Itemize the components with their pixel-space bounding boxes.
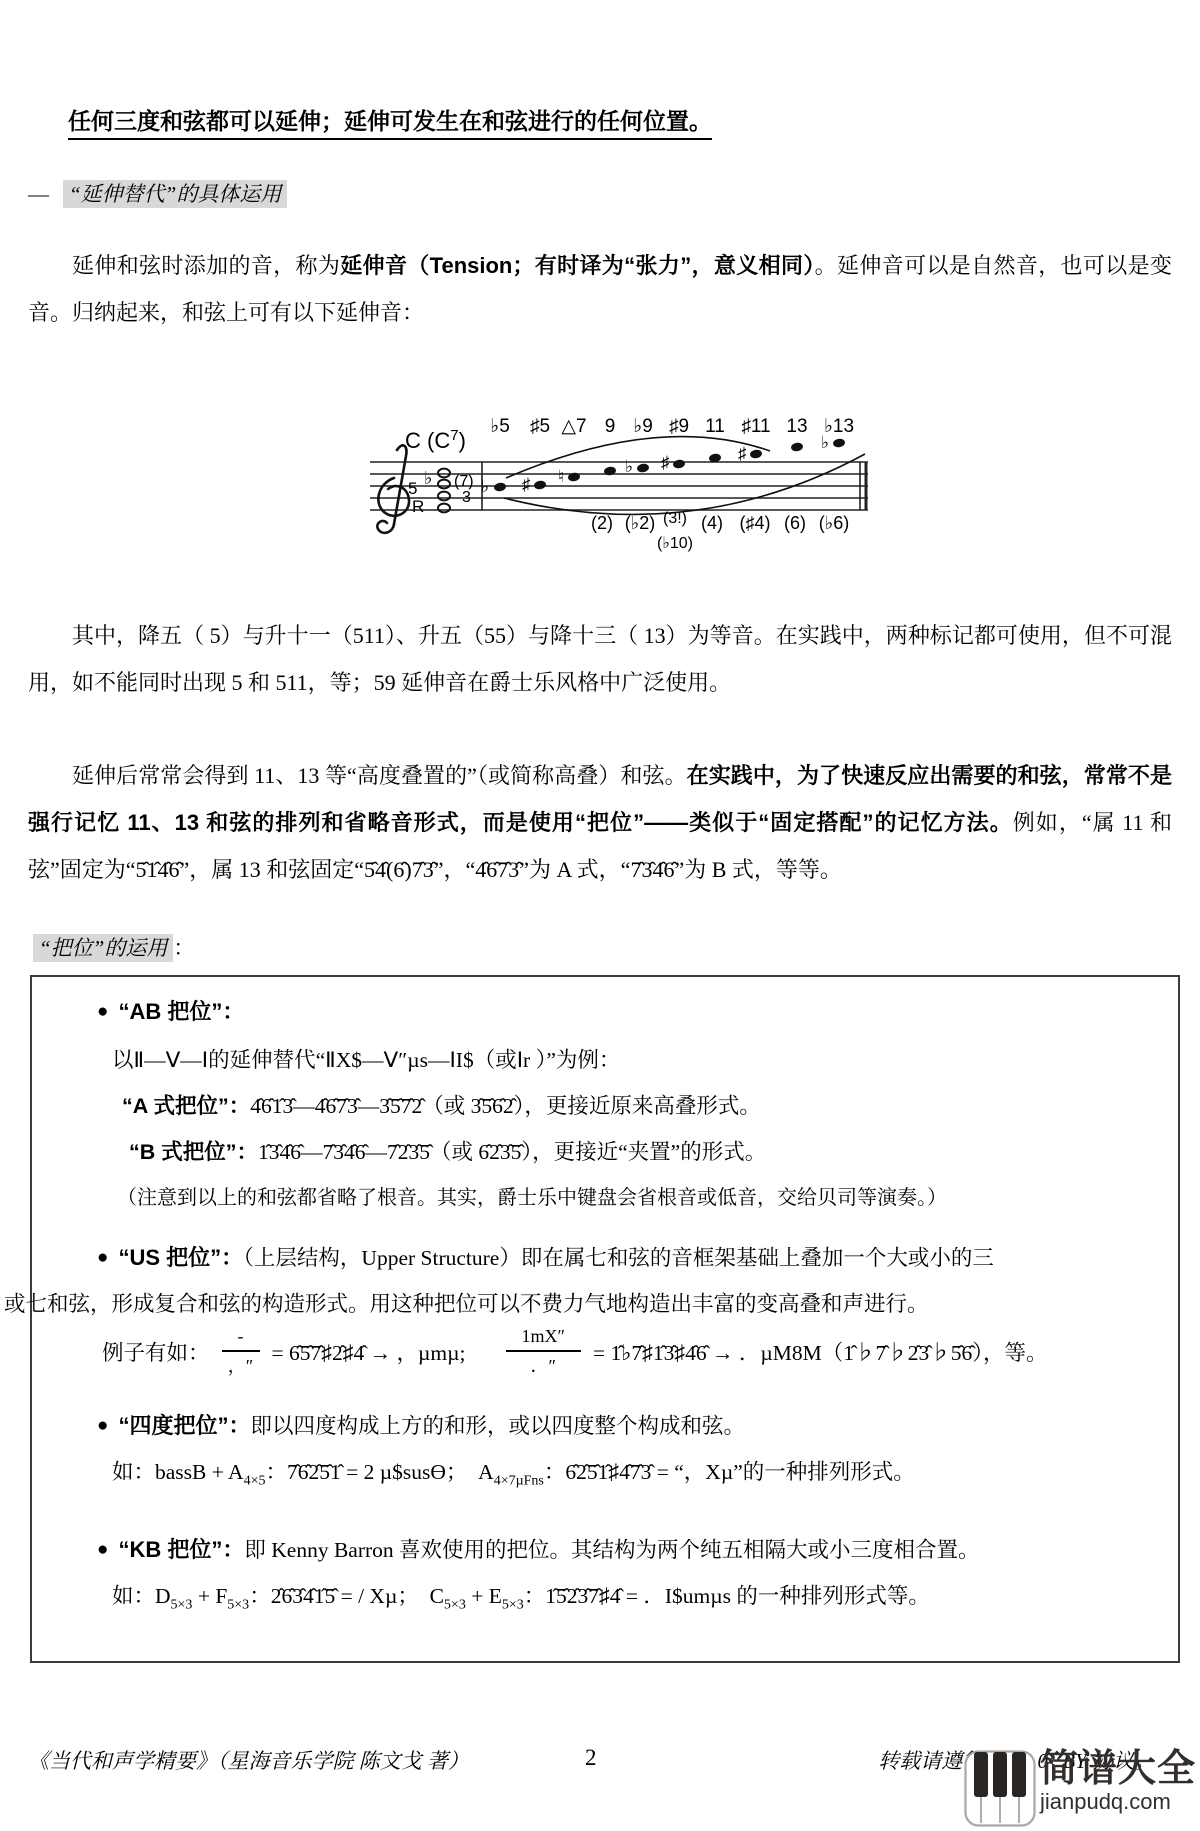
accidental-sharp-6: ♯: [661, 453, 670, 472]
slur-upper: [506, 437, 770, 478]
fourth-voicing-text: 即以四度构成上方的和形，或以四度整个构成和弦。: [251, 1414, 746, 1438]
label-3: 3: [462, 489, 471, 506]
bullet-icon: ●: [97, 1415, 108, 1436]
bottom-label-3x: (3!): [663, 510, 687, 527]
example-fraction-1: - ，″: [222, 1324, 260, 1379]
chord-symbol: C (C7): [405, 427, 466, 453]
section-heading-voicing-usage: “把位”的运用：: [33, 932, 194, 962]
bottom-label-6: (6): [784, 513, 806, 533]
label-5: 5: [408, 479, 417, 498]
document-page: 任何三度和弦都可以延伸；延伸可发生在和弦进行的任何位置。 —“延伸替代”的具体运…: [0, 0, 1200, 1831]
a-voicing-label: “A 式把位”：: [122, 1094, 250, 1118]
para3-pre: 延伸后常常会得到 11、13 等“高度叠置的”（或简称高叠）和弦。: [72, 763, 687, 788]
fraction2-top: 1mX″: [506, 1324, 582, 1352]
page-title-text: 任何三度和弦都可以延伸；延伸可发生在和弦进行的任何位置。: [68, 108, 712, 140]
kb-sub1: 5×3: [171, 1597, 193, 1612]
ab-voicing-title: “AB 把位”：: [118, 999, 244, 1024]
fourth-s0: 如：bassB + A: [112, 1460, 244, 1484]
bottom-label-4: (4): [701, 513, 723, 533]
label-paren7: (7): [454, 473, 474, 490]
tension-label-13: 13: [786, 416, 807, 437]
fourth-s1: ：7̂6̂2̂5̂1̂ = 2 µ$susϴ； A: [266, 1460, 494, 1484]
bullet-icon: ●: [97, 1001, 108, 1022]
kb-sub2: 5×3: [227, 1597, 249, 1612]
section2-heading-text: “把位”的运用: [33, 934, 173, 962]
b-voicing-label: “B 式把位”：: [129, 1140, 258, 1164]
tension-label-s5: ♯5: [530, 416, 550, 437]
tension-label-s11: ♯11: [741, 416, 770, 437]
kb-voicing-example: 如：D5×3 + F5×3：2̂6̂3̂4̂1̂5̂ = / Xµ； C5×3 …: [112, 1579, 930, 1610]
fourth-voicing-title: “四度把位”：: [118, 1413, 250, 1438]
fraction1-bottom: ，″: [228, 1352, 254, 1378]
bottom-label-b2: (♭2): [625, 513, 656, 533]
accidental-sharp-2: ♯: [522, 475, 531, 494]
example-seg1: = 6̂5̂7̂♯2̂♯4̂ → ，µmµ;: [272, 1336, 466, 1367]
bottom-label-s4: (♯4): [740, 513, 771, 533]
accidental-flat-10: ♭: [821, 433, 829, 452]
kb-s2: ：2̂6̂3̂4̂1̂5̂ = / Xµ； C: [249, 1584, 444, 1608]
bottom-label-2: (2): [591, 513, 613, 533]
ab-voicing-title-row: ●“AB 把位”：: [97, 995, 244, 1026]
treble-clef-icon: [377, 445, 409, 533]
b-voicing-row: “B 式把位”：1̂3̂4̂6̂—7̂3̂4̂6̂—7̂2̂3̂5̂（或 6̂2…: [129, 1135, 766, 1166]
tension-label-9: 9: [605, 416, 616, 437]
example-fraction-2: 1mX″ ．″: [506, 1324, 582, 1379]
logo-text-column: 简谱大全 jianpudq.com: [1040, 1750, 1196, 1814]
para1-pre: 延伸和弦时添加的音，称为: [72, 253, 340, 278]
accidental-flat-5: ♭: [625, 457, 633, 476]
ab-voicing-note: （注意到以上的和弦都省略了根音。其实，爵士乐中键盘会省根音或低音，交给贝司等演奏…: [117, 1181, 947, 1210]
voicing-box: ●“AB 把位”： 以Ⅱ—Ⅴ—Ⅰ的延伸替代“ⅡX$—Ⅴ″µs—ⅠI$（或Ⅰr ）…: [30, 975, 1180, 1663]
fraction1-top: -: [222, 1324, 260, 1352]
kb-voicing-text: 即 Kenny Barron 喜欢使用的把位。其结构为两个纯五相隔大或小三度相合…: [244, 1538, 979, 1562]
fourth-voicing-example: 如：bassB + A4×5：7̂6̂2̂5̂1̂ = 2 µ$susϴ； A4…: [112, 1455, 915, 1486]
ab-voicing-intro: 以Ⅱ—Ⅴ—Ⅰ的延伸替代“ⅡX$—Ⅴ″µs—ⅠI$（或Ⅰr ）”为例：: [112, 1043, 620, 1074]
paragraph-enharmonic: 其中，降五（ 5）与升十一（511）、升五（55）与降十三（ 13）为等音。在实…: [28, 612, 1172, 706]
section-heading-text: “延伸替代”的具体运用: [63, 180, 287, 208]
kb-s0: 如：D: [112, 1584, 171, 1608]
tension-label-b5: ♭5: [490, 416, 510, 437]
chord-flat-sign: ♭: [424, 468, 433, 488]
a-voicing-row: “A 式把位”：4̂6̂1̂3̂—4̂6̂7̂3̂—3̂5̂7̂2̂（或 3̂5…: [122, 1089, 761, 1120]
jianpudq-logo: 简谱大全 jianpudq.com: [964, 1750, 1196, 1828]
us-voicing-title: “US 把位”：: [118, 1245, 243, 1270]
us-voicing-title-row: ●“US 把位”：（上层结构，Upper Structure）即在属七和弦的音框…: [97, 1241, 994, 1272]
piano-keys-icon: [964, 1750, 1036, 1828]
b-voicing-text: 1̂3̂4̂6̂—7̂3̂4̂6̂—7̂2̂3̂5̂（或 6̂2̂3̂5̂），更…: [258, 1140, 766, 1164]
page-title: 任何三度和弦都可以延伸；延伸可发生在和弦进行的任何位置。: [68, 103, 712, 136]
accidental-sharp-8: ♯: [738, 444, 747, 463]
section2-colon: ：: [173, 936, 194, 960]
kb-voicing-title: “KB 把位”：: [118, 1537, 244, 1562]
paragraph-voicing-intro: 延伸后常常会得到 11、13 等“高度叠置的”（或简称高叠）和弦。在实践中，为了…: [28, 752, 1172, 893]
music-notation-figure: C (C7) ♭5 ♯5 △7 9 ♭9 ♯9 11 ♯11 13 ♭13 5 …: [360, 352, 880, 560]
kb-sub3: 5×3: [444, 1597, 466, 1612]
example-pre: 例子有如：: [102, 1336, 210, 1367]
para1-bold: 延伸音（Tension；有时译为“张力”，意义相同）: [340, 253, 814, 278]
kb-s3: + E: [466, 1584, 502, 1608]
kb-sub4: 5×3: [502, 1597, 524, 1612]
chord-noteheads: [438, 469, 450, 513]
fourth-sub1: 4×5: [244, 1473, 266, 1488]
kb-s1: + F: [192, 1584, 227, 1608]
accidental-natural-3: ♮: [558, 467, 564, 486]
bullet-icon: ●: [97, 1539, 108, 1560]
us-voicing-example-row: 例子有如： - ，″ = 6̂5̂7̂♯2̂♯4̂ → ，µmµ; 1mX″ ．…: [102, 1309, 1048, 1393]
tension-label-maj7: △7: [561, 416, 586, 437]
bullet-icon: ●: [97, 1247, 108, 1268]
tension-label-b9: ♭9: [633, 416, 653, 437]
fourth-s2: ：6̂2̂5̂1̂♯4̂7̂3̂ = “，Xµ”的一种排列形式。: [544, 1460, 915, 1484]
tension-label-s9: ♯9: [669, 416, 689, 437]
section-heading-extension-substitution: —“延伸替代”的具体运用: [28, 178, 287, 208]
fraction2-bottom: ．″: [531, 1352, 557, 1378]
logo-domain: jianpudq.com: [1040, 1790, 1196, 1814]
kb-s4: ：1̂5̂2̂3̂7̂♯4̂ = ．I$umµs 的一种排列形式等。: [524, 1584, 930, 1608]
bottom-label-b10: (♭10): [657, 535, 693, 552]
fourth-sub2: 4×7µFns: [494, 1473, 544, 1488]
example-seg2: = 1̂♭7̂♯1̂3̂♯4̂6̂ → ．µM8M（1̂♭7̂♭2̂3̂♭5̂6…: [593, 1336, 1048, 1367]
section-dash: —: [28, 182, 49, 206]
fourth-voicing-title-row: ●“四度把位”：即以四度构成上方的和形，或以四度整个构成和弦。: [97, 1409, 745, 1440]
footer-book-title: 《当代和声学精要》（星海音乐学院 陈文戈 著）: [28, 1745, 469, 1775]
paragraph-tension-intro: 延伸和弦时添加的音，称为延伸音（Tension；有时译为“张力”，意义相同）。延…: [28, 242, 1172, 336]
footer-page-number: 2: [585, 1745, 597, 1771]
tension-noteheads: [493, 438, 845, 492]
accidental-flat-1: ♭: [481, 477, 489, 496]
us-voicing-text1: （上层结构，Upper Structure）即在属七和弦的音框架基础上叠加一个大…: [243, 1246, 994, 1270]
label-r: R: [412, 497, 424, 516]
logo-name: 简谱大全: [1040, 1750, 1196, 1790]
a-voicing-text: 4̂6̂1̂3̂—4̂6̂7̂3̂—3̂5̂7̂2̂（或 3̂5̂6̂2̂），更…: [250, 1094, 761, 1118]
tension-label-11: 11: [705, 416, 725, 437]
bottom-label-b6: (♭6): [819, 513, 850, 533]
kb-voicing-title-row: ●“KB 把位”：即 Kenny Barron 喜欢使用的把位。其结构为两个纯五…: [97, 1533, 980, 1564]
